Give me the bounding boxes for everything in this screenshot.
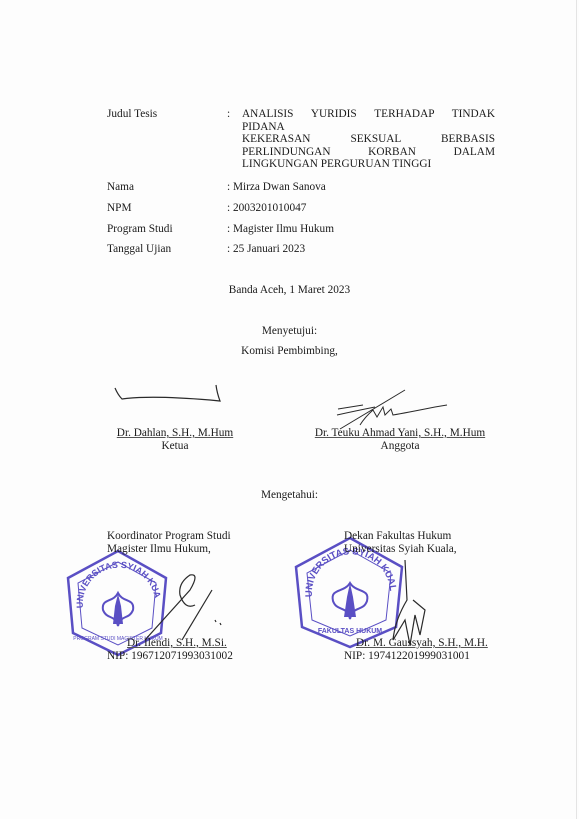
signer-role: Anggota: [300, 440, 500, 453]
detail-value-npm: : 2003201010047: [227, 202, 306, 215]
signer-anggota: Dr. Teuku Ahmad Yani, S.H., M.Hum Anggot…: [300, 427, 500, 453]
page-edge: [576, 0, 577, 819]
signer-name: Dr. Teuku Ahmad Yani, S.H., M.Hum: [300, 427, 500, 440]
signer-nip: NIP: 197412201999031001: [344, 650, 488, 663]
thesis-title: ANALISIS YURIDIS TERHADAP TINDAK PIDANA …: [242, 108, 495, 171]
place-date: Banda Aceh, 1 Maret 2023: [0, 284, 579, 297]
signer-nip: NIP: 196712071993031002: [107, 650, 233, 663]
thesis-title-line: ANALISIS YURIDIS TERHADAP TINDAK PIDANA: [242, 108, 495, 133]
acknowledgement-heading: Mengetahui:: [0, 489, 579, 502]
title-line: Dekan Fakultas Hukum: [344, 530, 457, 543]
detail-value-program: : Magister Ilmu Hukum: [227, 223, 334, 236]
signer-role: Ketua: [95, 440, 255, 453]
signer-ketua: Dr. Dahlan, S.H., M.Hum Ketua: [95, 427, 255, 453]
signer-name: Dr. Dahlan, S.H., M.Hum: [95, 427, 255, 440]
detail-label-tanggal: Tanggal Ujian: [107, 243, 171, 256]
title-line: Koordinator Program Studi: [107, 530, 231, 543]
detail-label-nama: Nama: [107, 181, 134, 194]
detail-value-tanggal: : 25 Januari 2023: [227, 243, 305, 256]
thesis-title-separator: :: [227, 108, 230, 121]
signature-anggota: [335, 385, 455, 430]
thesis-title-line: PERLINDUNGAN KORBAN DALAM: [242, 146, 495, 159]
detail-value-nama: : Mirza Dwan Sanova: [227, 181, 326, 194]
koordinator-title: Koordinator Program Studi Magister Ilmu …: [107, 530, 231, 556]
committee-label: Komisi Pembimbing,: [0, 345, 579, 358]
signer-dekan: Dr. M. Gaussyah, S.H., M.H. NIP: 1974122…: [344, 637, 488, 663]
signature-ketua: [110, 385, 230, 415]
signer-name: Dr. Ilendi, S.H., M.Si.: [107, 637, 233, 650]
approval-heading: Menyetujui:: [0, 325, 579, 338]
detail-label-npm: NPM: [107, 202, 132, 215]
signer-koordinator: Dr. Ilendi, S.H., M.Si. NIP: 19671207199…: [107, 637, 233, 663]
dekan-title: Dekan Fakultas Hukum Universitas Syiah K…: [344, 530, 457, 556]
title-line: Magister Ilmu Hukum,: [107, 543, 231, 556]
title-line: Universitas Syiah Kuala,: [344, 543, 457, 556]
thesis-title-line: LINGKUNGAN PERGURUAN TINGGI: [242, 158, 495, 171]
svg-text:FAKULTAS HUKUM: FAKULTAS HUKUM: [318, 628, 382, 635]
signer-name: Dr. M. Gaussyah, S.H., M.H.: [344, 637, 488, 650]
signature-koordinator: [140, 565, 230, 645]
thesis-title-line: KEKERASAN SEKSUAL BERBASIS: [242, 133, 495, 146]
detail-label-program: Program Studi: [107, 223, 173, 236]
thesis-title-label: Judul Tesis: [107, 108, 157, 121]
